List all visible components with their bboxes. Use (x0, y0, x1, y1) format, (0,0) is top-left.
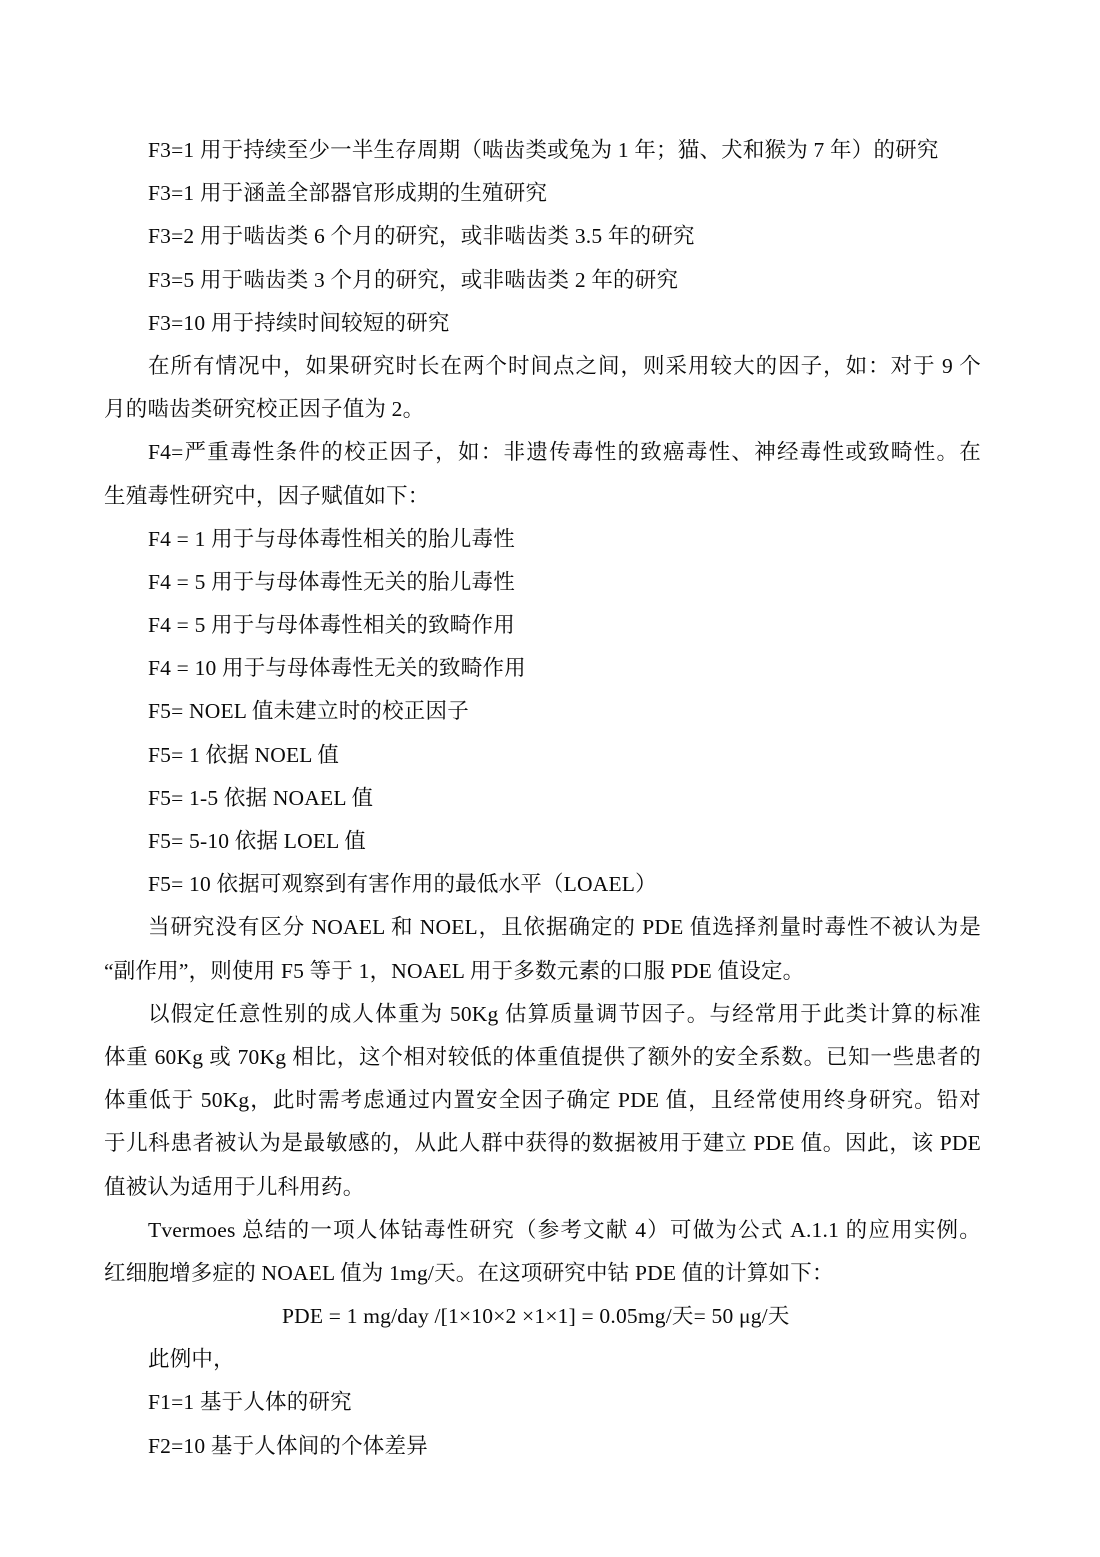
document-line: 体重低于 50Kg，此时需考虑通过内置安全因子确定 PDE 值，且经常使用终身研… (104, 1079, 981, 1122)
document-line: 当研究没有区分 NOAEL 和 NOEL，且依据确定的 PDE 值选择剂量时毒性… (104, 906, 981, 949)
document-line: Tvermoes 总结的一项人体钴毒性研究（参考文献 4）可做为公式 A.1.1… (104, 1209, 981, 1252)
document-line: F4=严重毒性条件的校正因子，如：非遗传毒性的致癌毒性、神经毒性或致畸性。在 (104, 431, 981, 474)
document-line: F3=1 用于持续至少一半生存周期（啮齿类或兔为 1 年；猫、犬和猴为 7 年）… (104, 129, 981, 172)
document-line: F4 = 1 用于与母体毒性相关的胎儿毒性 (104, 518, 981, 561)
document-page: F3=1 用于持续至少一半生存周期（啮齿类或兔为 1 年；猫、犬和猴为 7 年）… (0, 0, 1100, 1557)
document-line: F1=1 基于人体的研究 (104, 1381, 981, 1424)
document-line: F3=2 用于啮齿类 6 个月的研究，或非啮齿类 3.5 年的研究 (104, 215, 981, 258)
document-line: F5= 1-5 依据 NOAEL 值 (104, 777, 981, 820)
document-line: 在所有情况中，如果研究时长在两个时间点之间，则采用较大的因子，如：对于 9 个 (104, 345, 981, 388)
document-line: F3=5 用于啮齿类 3 个月的研究，或非啮齿类 2 年的研究 (104, 259, 981, 302)
document-line: F4 = 5 用于与母体毒性无关的胎儿毒性 (104, 561, 981, 604)
document-line: 值被认为适用于儿科用药。 (104, 1166, 981, 1209)
document-line: F5= NOEL 值未建立时的校正因子 (104, 690, 981, 733)
document-line: 红细胞增多症的 NOAEL 值为 1mg/天。在这项研究中钴 PDE 值的计算如… (104, 1252, 981, 1295)
document-line: F4 = 10 用于与母体毒性无关的致畸作用 (104, 647, 981, 690)
document-line: PDE = 1 mg/day /[1×10×2 ×1×1] = 0.05mg/天… (104, 1295, 981, 1338)
document-line: 生殖毒性研究中，因子赋值如下： (104, 475, 981, 518)
document-line: 于儿科患者被认为是最敏感的，从此人群中获得的数据被用于建立 PDE 值。因此，该… (104, 1122, 981, 1165)
document-line: 月的啮齿类研究校正因子值为 2。 (104, 388, 981, 431)
document-line: F3=1 用于涵盖全部器官形成期的生殖研究 (104, 172, 981, 215)
document-line: “副作用”，则使用 F5 等于 1，NOAEL 用于多数元素的口服 PDE 值设… (104, 950, 981, 993)
document-line: F3=10 用于持续时间较短的研究 (104, 302, 981, 345)
document-line: F5= 5-10 依据 LOEL 值 (104, 820, 981, 863)
document-line: F5= 10 依据可观察到有害作用的最低水平（LOAEL） (104, 863, 981, 906)
document-line: F4 = 5 用于与母体毒性相关的致畸作用 (104, 604, 981, 647)
document-line: F5= 1 依据 NOEL 值 (104, 734, 981, 777)
document-line: F2=10 基于人体间的个体差异 (104, 1425, 981, 1468)
document-line: 此例中， (104, 1338, 981, 1381)
document-line: 以假定任意性别的成人体重为 50Kg 估算质量调节因子。与经常用于此类计算的标准 (104, 993, 981, 1036)
document-line: 体重 60Kg 或 70Kg 相比，这个相对较低的体重值提供了额外的安全系数。已… (104, 1036, 981, 1079)
document-text-block: F3=1 用于持续至少一半生存周期（啮齿类或兔为 1 年；猫、犬和猴为 7 年）… (104, 129, 981, 1468)
